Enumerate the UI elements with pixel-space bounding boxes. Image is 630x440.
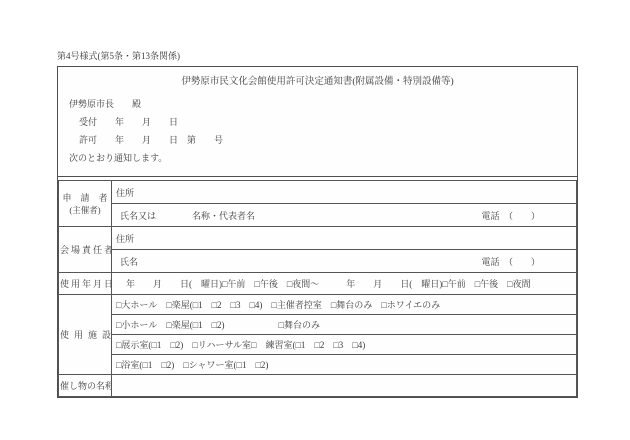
- facility-line-3: □展示室(□1 □2) □リハーサル室□ 練習室(□1 □2 □3 □4): [112, 335, 577, 355]
- applicant-address-row: 申 請 者 (主催者) 住所: [59, 181, 577, 204]
- event-name-label: 催し物の名称: [59, 375, 112, 397]
- facility-row-4: □浴室(□1 □2) □シャワー室(□1 □2): [59, 355, 577, 375]
- form-title: 伊勢原市民文化会館使用許可決定通知書(附属設備・特別設備等): [58, 75, 577, 89]
- facilities-label: 使用施設: [59, 295, 112, 375]
- facility-row-2: □小ホール □楽屋(□1 □2) □舞台のみ: [59, 315, 577, 335]
- form-header: 伊勢原市民文化会館使用許可決定通知書(附属設備・特別設備等) 伊勢原市長 殿 受…: [58, 67, 577, 177]
- venue-phone-label: 電話 （ ）: [481, 255, 540, 268]
- facility-row-1: 使用施設 □大ホール □楽屋(□1 □2 □3 □4) □主催者控室 □舞台のみ…: [59, 295, 577, 315]
- venue-address-row: 会場責任者 住所: [59, 227, 577, 250]
- applicant-name-row: 氏名又は 名称・代表者名 電話 （ ）: [59, 204, 577, 227]
- permit-line: 許可 年 月 日 第 号: [58, 131, 577, 149]
- document-page: 第4号様式(第5条・第13条関係) 伊勢原市民文化会館使用許可決定通知書(附属設…: [0, 0, 630, 440]
- applicant-name-cell: 氏名又は 名称・代表者名 電話 （ ）: [112, 204, 577, 227]
- applicant-label-cell: 申 請 者 (主催者): [59, 181, 112, 227]
- notice-line: 次のとおり通知します。: [58, 149, 577, 167]
- venue-address-cell: 住所: [112, 227, 577, 250]
- venue-name-label: 氏名: [120, 255, 138, 268]
- receipt-line: 受付 年 月 日: [58, 113, 577, 131]
- form-number: 第4号様式(第5条・第13条関係): [57, 50, 578, 62]
- usage-date-row: 使用年月日 年 月 日( 曜日)□午前 □午後 □夜間～ 年 月 日( 曜日)□…: [59, 273, 577, 295]
- facility-row-3: □展示室(□1 □2) □リハーサル室□ 練習室(□1 □2 □3 □4): [59, 335, 577, 355]
- applicant-label: 申 請 者: [60, 191, 110, 204]
- usage-date-value: 年 月 日( 曜日)□午前 □午後 □夜間～ 年 月 日( 曜日)□午前 □午後…: [112, 273, 577, 295]
- applicant-name-label: 氏名又は 名称・代表者名: [120, 209, 255, 222]
- form-sheet: 第4号様式(第5条・第13条関係) 伊勢原市民文化会館使用許可決定通知書(附属設…: [57, 50, 578, 398]
- applicant-address-cell: 住所: [112, 181, 577, 204]
- venue-name-row: 氏名 電話 （ ）: [59, 250, 577, 273]
- usage-date-label: 使用年月日: [59, 273, 112, 295]
- facility-line-4: □浴室(□1 □2) □シャワー室(□1 □2): [112, 355, 577, 375]
- form-box: 伊勢原市民文化会館使用許可決定通知書(附属設備・特別設備等) 伊勢原市長 殿 受…: [57, 66, 578, 398]
- applicant-address-label: 住所: [116, 188, 134, 198]
- facility-line-2: □小ホール □楽屋(□1 □2) □舞台のみ: [112, 315, 577, 335]
- venue-address-label: 住所: [116, 234, 134, 244]
- form-table: 申 請 者 (主催者) 住所 氏名又は 名称・代表者名 電話 （ ）: [58, 180, 577, 397]
- facility-line-1: □大ホール □楽屋(□1 □2 □3 □4) □主催者控室 □舞台のみ □ホワイ…: [112, 295, 577, 315]
- addressee-line: 伊勢原市長 殿: [58, 95, 577, 113]
- venue-name-cell: 氏名 電話 （ ）: [112, 250, 577, 273]
- applicant-phone-label: 電話 （ ）: [481, 209, 540, 222]
- applicant-sublabel: (主催者): [60, 204, 110, 216]
- venue-manager-label: 会場責任者: [59, 227, 112, 273]
- event-name-value-cell: [112, 375, 577, 397]
- event-name-row: 催し物の名称: [59, 375, 577, 397]
